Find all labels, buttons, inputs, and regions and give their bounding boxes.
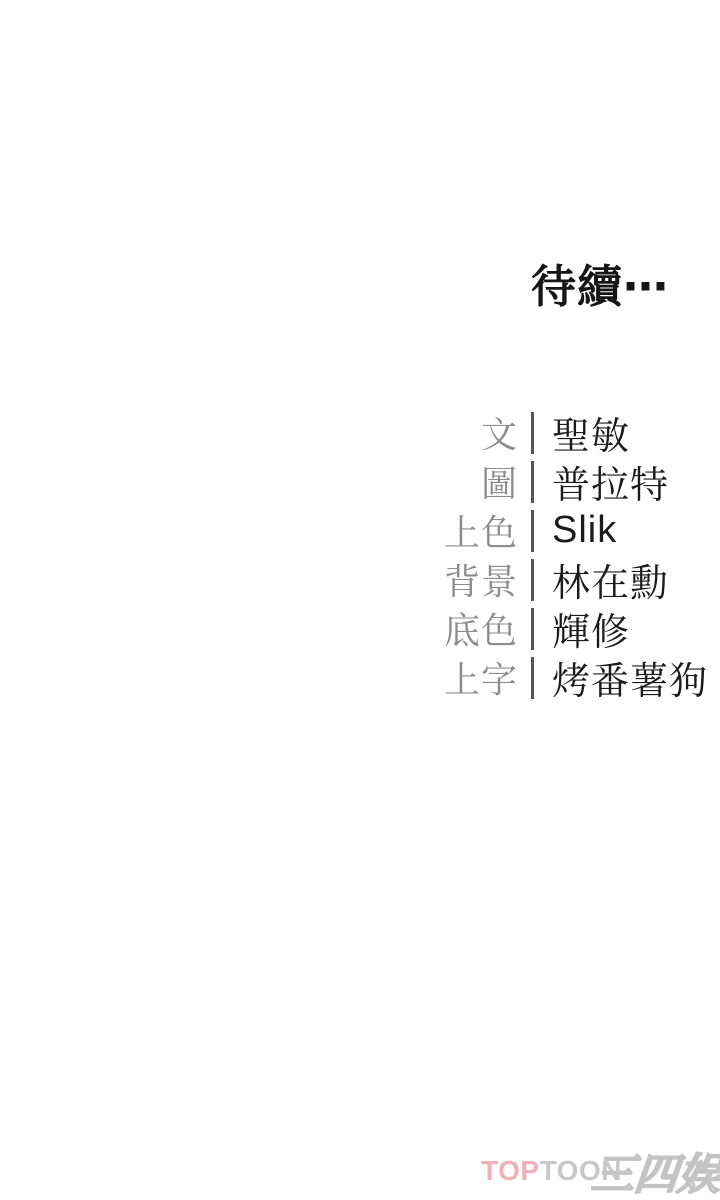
- logo-top-segment: TOP: [481, 1155, 540, 1186]
- credit-role-label: 圖: [0, 456, 518, 507]
- to-be-continued-text: 待續⋯: [531, 250, 669, 315]
- watermark: TOPTOON 三四娱乐: [0, 1135, 720, 1200]
- credit-role-label: 文: [0, 407, 518, 458]
- credit-role-label: 上色: [0, 505, 518, 556]
- credit-name: 輝修: [552, 601, 630, 656]
- credit-row-art: 圖 普拉特: [0, 457, 720, 506]
- credit-divider: [531, 608, 534, 650]
- watermark-cn-text: 三四娱乐: [589, 1141, 720, 1200]
- credit-name: 烤番薯狗: [552, 650, 708, 705]
- credit-divider: [531, 412, 534, 454]
- credit-row-background: 背景 林在勳: [0, 555, 720, 604]
- credit-row-coloring: 上色 Slik: [0, 506, 720, 555]
- credit-name: Slik: [552, 509, 617, 552]
- credit-role-label: 底色: [0, 603, 518, 654]
- credit-divider: [531, 461, 534, 503]
- credit-row-lettering: 上字 烤番薯狗: [0, 653, 720, 702]
- credit-row-writer: 文 聖敏: [0, 408, 720, 457]
- credit-divider: [531, 510, 534, 552]
- credit-divider: [531, 657, 534, 699]
- credit-name: 普拉特: [552, 454, 669, 509]
- credits-block: 文 聖敏 圖 普拉特 上色 Slik 背景 林在勳 底色 輝修 上字 烤番薯狗: [0, 408, 720, 702]
- credit-row-basecolor: 底色 輝修: [0, 604, 720, 653]
- credit-role-label: 上字: [0, 652, 518, 703]
- credit-divider: [531, 559, 534, 601]
- credit-role-label: 背景: [0, 554, 518, 605]
- credit-name: 聖敏: [552, 405, 630, 460]
- credit-name: 林在勳: [552, 552, 669, 607]
